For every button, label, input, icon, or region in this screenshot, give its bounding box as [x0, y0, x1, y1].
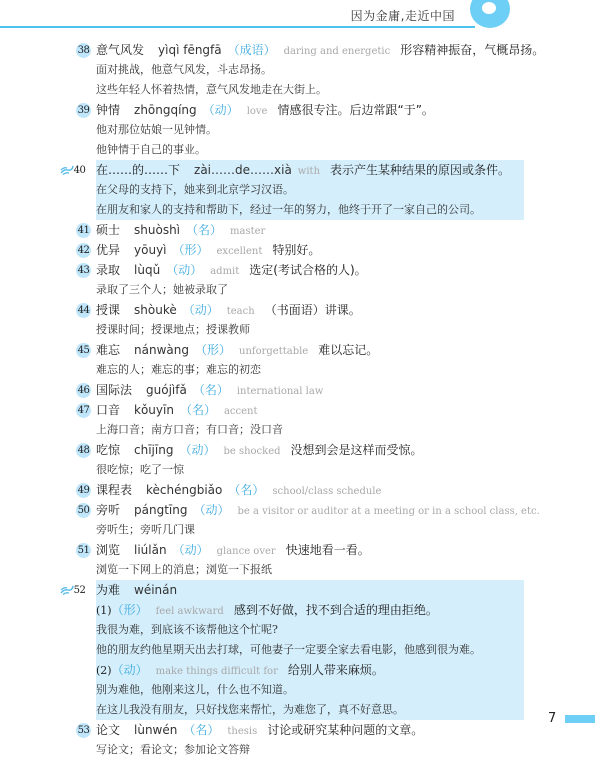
part-of-speech: （动）	[173, 543, 209, 557]
pinyin: shòukè	[134, 303, 177, 317]
example-row: 很吃惊；吃了一惊	[0, 460, 595, 480]
example-sentence: 旁听生；旁听几门课	[96, 520, 195, 540]
entry-number: 48	[76, 443, 91, 458]
entry-number: 42	[76, 243, 91, 258]
entry-headword-row: 41硕士shuòshì（名）master	[0, 220, 595, 240]
headword: 硕士	[96, 223, 120, 237]
sense-row: (1)（形）feel awkward感到不好做，找不到合适的理由拒绝。	[0, 600, 595, 620]
pinyin: zhōngqíng	[134, 103, 197, 117]
headword: 录取	[96, 263, 120, 277]
part-of-speech: （名）	[180, 403, 216, 417]
part-of-speech: （动）	[166, 263, 202, 277]
pinyin: wéinán	[134, 583, 177, 597]
part-of-speech: （名）	[186, 223, 222, 237]
example-sentence: 别为难他，他刚来这儿，什么也不知道。	[96, 680, 294, 700]
entry-number: 38	[76, 43, 91, 58]
english-gloss: unforgettable	[239, 346, 308, 357]
english-gloss: be a visitor or auditor at a meeting or …	[238, 506, 540, 517]
entry-number: 41	[76, 223, 91, 238]
entry-headword-row: 49课程表kèchéngbiǎo（名）school/class schedule	[0, 480, 595, 500]
english-gloss: feel awkward	[156, 606, 224, 617]
pinyin: shuòshì	[134, 223, 180, 237]
example-row: 面对挑战，他意气风发，斗志昂扬。	[0, 60, 595, 80]
part-of-speech: （名）	[228, 483, 264, 497]
headword: 旁听	[96, 503, 120, 517]
example-row: 在这儿我没有朋友，只好找您来帮忙，为难您了，真不好意思。	[0, 700, 595, 720]
entry-headword-row: 45难忘nánwàng（形）unforgettable难以忘记。	[0, 340, 595, 360]
vocab-entry: 51浏览liúlǎn（动）glance over快速地看一看。浏览一下网上的消息…	[0, 540, 595, 580]
entry-headword-row: 48吃惊chījīng（动）be shocked没想到会是这样而受惊。	[0, 440, 595, 460]
example-row: 上海口音；南方口音；有口音；没口音	[0, 420, 595, 440]
pinyin: liúlǎn	[134, 543, 167, 557]
definition: 特别好。	[272, 243, 320, 257]
vocab-entry: 46国际法guójìfǎ（名）international law	[0, 380, 595, 400]
header-title: 因为金庸,走近中国	[351, 7, 455, 24]
part-of-speech: （动）	[183, 303, 219, 317]
example-row: 写论文；看论文；参加论文答辩	[0, 740, 595, 760]
english-gloss: daring and energetic	[284, 46, 391, 57]
entry-number: 46	[76, 383, 91, 398]
entry-headword-row: 39钟情zhōngqíng（动）love情感很专注。后边常跟“于”。	[0, 100, 595, 120]
vocabulary-list: 38意气风发yìqì fēngfā（成语）daring and energeti…	[0, 40, 595, 760]
example-sentence: 在父母的支持下，她来到北京学习汉语。	[96, 180, 294, 200]
page-header: 因为金庸,走近中国	[0, 0, 595, 30]
headword: 意气风发	[96, 43, 144, 57]
example-row: 浏览一下网上的消息；浏览一下报纸	[0, 560, 595, 580]
headword: 课程表	[96, 483, 132, 497]
english-gloss: with	[298, 166, 320, 177]
example-row: 在朋友和家人的支持和帮助下，经过一年的努力，他终于开了一家自己的公司。	[0, 200, 595, 220]
entry-number: 39	[76, 103, 91, 118]
example-row: 难忘的人；难忘的事；难忘的初恋	[0, 360, 595, 380]
part-of-speech: （动）	[112, 663, 148, 677]
definition: （书面语）讲课。	[265, 303, 361, 317]
pinyin: zài……de……xià	[194, 163, 292, 177]
part-of-speech: （形）	[112, 603, 148, 617]
example-row: 旁听生；旁听几门课	[0, 520, 595, 540]
sense-row: (2)（动）make things difficult for给别人带来麻烦。	[0, 660, 595, 680]
entry-number: 52	[72, 583, 87, 598]
headword: 浏览	[96, 543, 120, 557]
example-sentence: 授课时间；授课地点；授课教师	[96, 320, 250, 340]
example-sentence: 上海口音；南方口音；有口音；没口音	[96, 420, 283, 440]
example-row: 录取了三个人；她被录取了	[0, 280, 595, 300]
vocab-entry: 50旁听pángtīng（动）be a visitor or auditor a…	[0, 500, 595, 540]
entry-number: 45	[76, 343, 91, 358]
entry-headword-row: 53论文lùnwén（名）thesis讨论或研究某种问题的文章。	[0, 720, 595, 740]
english-gloss: admit	[210, 266, 239, 277]
entry-headword-row: 44授课shòukè（动）teach（书面语）讲课。	[0, 300, 595, 320]
pinyin: lùnwén	[134, 723, 177, 737]
pinyin: lùqǔ	[134, 263, 160, 277]
english-gloss: be shocked	[223, 446, 280, 457]
part-of-speech: （名）	[183, 723, 219, 737]
headword: 为难	[96, 583, 120, 597]
definition: 难以忘记。	[318, 343, 378, 357]
pinyin: yìqì fēngfā	[158, 43, 222, 57]
entry-number: 53	[76, 723, 91, 738]
example-row: 在父母的支持下，她来到北京学习汉语。	[0, 180, 595, 200]
vocab-entry: 40在……的……下zài……de……xiàwith表示产生某种结果的原因或条件。…	[0, 160, 595, 220]
pinyin: guójìfǎ	[146, 383, 187, 397]
example-sentence: 录取了三个人；她被录取了	[96, 280, 228, 300]
headword: 难忘	[96, 343, 120, 357]
entry-headword-row: 40在……的……下zài……de……xiàwith表示产生某种结果的原因或条件。	[0, 160, 595, 180]
example-sentence: 在朋友和家人的支持和帮助下，经过一年的努力，他终于开了一家自己的公司。	[96, 200, 481, 220]
sense-label: (2)	[96, 664, 112, 677]
example-row: 他钟情于自己的事业。	[0, 140, 595, 160]
english-gloss: make things difficult for	[156, 666, 278, 677]
header-badge-icon	[470, 0, 510, 28]
example-sentence: 这些年轻人怀着热情，意气风发地走在大街上。	[96, 80, 327, 100]
entry-headword-row: 43录取lùqǔ（动）admit选定(考试合格的人)。	[0, 260, 595, 280]
part-of-speech: （动）	[179, 443, 215, 457]
vocab-entry: 38意气风发yìqì fēngfā（成语）daring and energeti…	[0, 40, 595, 100]
entry-number: 43	[76, 263, 91, 278]
english-gloss: international law	[237, 386, 324, 397]
pinyin: chījīng	[134, 443, 173, 457]
headword: 论文	[96, 723, 120, 737]
example-sentence: 他钟情于自己的事业。	[96, 140, 206, 160]
entry-number: 50	[76, 503, 91, 518]
definition: 表示产生某种结果的原因或条件。	[330, 163, 510, 177]
vocab-entry: 53论文lùnwén（名）thesis讨论或研究某种问题的文章。写论文；看论文；…	[0, 720, 595, 760]
pinyin: pángtīng	[134, 503, 187, 517]
vocab-entry: 42优异yōuyì（形）excellent特别好。	[0, 240, 595, 260]
example-row: 他的朋友约他星期天出去打球，可他妻子一定要全家去看电影，他感到很为难。	[0, 640, 595, 660]
english-gloss: school/class schedule	[272, 486, 381, 497]
english-gloss: teach	[227, 306, 255, 317]
example-row: 他对那位姑娘一见钟情。	[0, 120, 595, 140]
definition: 给别人带来麻烦。	[288, 663, 384, 677]
entry-headword-row: 38意气风发yìqì fēngfā（成语）daring and energeti…	[0, 40, 595, 60]
definition: 形容精神振奋，气概昂扬。	[400, 43, 544, 57]
vocab-entry: 44授课shòukè（动）teach（书面语）讲课。授课时间；授课地点；授课教师	[0, 300, 595, 340]
sense-label: (1)	[96, 604, 112, 617]
part-of-speech: （形）	[195, 343, 231, 357]
entry-headword-row: 42优异yōuyì（形）excellent特别好。	[0, 240, 595, 260]
entry-number: 49	[76, 483, 91, 498]
definition: 感到不好做，找不到合适的理由拒绝。	[234, 603, 438, 617]
headword: 优异	[96, 243, 120, 257]
part-of-speech: （成语）	[228, 43, 276, 57]
vocab-entry: 45难忘nánwàng（形）unforgettable难以忘记。难忘的人；难忘的…	[0, 340, 595, 380]
vocab-entry: 52为难wéinán(1)（形）feel awkward感到不好做，找不到合适的…	[0, 580, 595, 720]
example-sentence: 浏览一下网上的消息；浏览一下报纸	[96, 560, 272, 580]
definition: 选定(考试合格的人)。	[249, 263, 366, 277]
headword: 口音	[96, 403, 120, 417]
definition: 快速地看一看。	[286, 543, 370, 557]
pinyin: yōuyì	[134, 243, 166, 257]
example-sentence: 难忘的人；难忘的事；难忘的初恋	[96, 360, 261, 380]
example-sentence: 写论文；看论文；参加论文答辩	[96, 740, 250, 760]
vocab-entry: 48吃惊chījīng（动）be shocked没想到会是这样而受惊。很吃惊；吃…	[0, 440, 595, 480]
entry-number: 44	[76, 303, 91, 318]
example-row: 别为难他，他刚来这儿，什么也不知道。	[0, 680, 595, 700]
pinyin: kèchéngbiǎo	[146, 483, 222, 497]
entry-headword-row: 51浏览liúlǎn（动）glance over快速地看一看。	[0, 540, 595, 560]
vocab-entry: 43录取lùqǔ（动）admit选定(考试合格的人)。录取了三个人；她被录取了	[0, 260, 595, 300]
entry-number: 47	[76, 403, 91, 418]
entry-headword-row: 47口音kǒuyīn（名）accent	[0, 400, 595, 420]
entry-headword-row: 46国际法guójìfǎ（名）international law	[0, 380, 595, 400]
part-of-speech: （动）	[203, 103, 239, 117]
header-rule	[0, 26, 475, 28]
part-of-speech: （形）	[173, 243, 209, 257]
headword: 授课	[96, 303, 120, 317]
example-row: 这些年轻人怀着热情，意气风发地走在大街上。	[0, 80, 595, 100]
entry-headword-row: 52为难wéinán	[0, 580, 595, 600]
vocab-entry: 49课程表kèchéngbiǎo（名）school/class schedule	[0, 480, 595, 500]
headword: 在……的……下	[96, 163, 180, 177]
headword: 吃惊	[96, 443, 120, 457]
definition: 情感很专注。后边常跟“于”。	[277, 103, 433, 117]
vocab-entry: 41硕士shuòshì（名）master	[0, 220, 595, 240]
vocab-entry: 47口音kǒuyīn（名）accent上海口音；南方口音；有口音；没口音	[0, 400, 595, 440]
english-gloss: thesis	[227, 726, 257, 737]
english-gloss: love	[247, 106, 268, 117]
entry-number: 51	[76, 543, 91, 558]
vocab-entry: 39钟情zhōngqíng（动）love情感很专注。后边常跟“于”。他对那位姑娘…	[0, 100, 595, 160]
example-sentence: 很吃惊；吃了一惊	[96, 460, 184, 480]
english-gloss: excellent	[217, 246, 263, 257]
example-row: 授课时间；授课地点；授课教师	[0, 320, 595, 340]
example-sentence: 在这儿我没有朋友，只好找您来帮忙，为难您了，真不好意思。	[96, 700, 404, 720]
entry-headword-row: 50旁听pángtīng（动）be a visitor or auditor a…	[0, 500, 595, 520]
pinyin: kǒuyīn	[134, 403, 174, 417]
part-of-speech: （名）	[193, 383, 229, 397]
example-sentence: 他的朋友约他星期天出去打球，可他妻子一定要全家去看电影，他感到很为难。	[96, 640, 481, 660]
part-of-speech: （动）	[193, 503, 229, 517]
pinyin: nánwàng	[134, 343, 189, 357]
example-sentence: 他对那位姑娘一见钟情。	[96, 120, 217, 140]
definition: 没想到会是这样而受惊。	[291, 443, 423, 457]
english-gloss: glance over	[217, 546, 276, 557]
example-sentence: 面对挑战，他意气风发，斗志昂扬。	[96, 60, 272, 80]
headword: 国际法	[96, 383, 132, 397]
definition: 讨论或研究某种问题的文章。	[267, 723, 423, 737]
english-gloss: accent	[224, 406, 258, 417]
english-gloss: master	[230, 226, 265, 237]
entry-number: 40	[72, 163, 87, 178]
example-row: 我很为难，到底该不该帮他这个忙呢?	[0, 620, 595, 640]
example-sentence: 我很为难，到底该不该帮他这个忙呢?	[96, 620, 278, 640]
page-number: 7	[548, 711, 556, 726]
footer-bar	[565, 715, 595, 723]
headword: 钟情	[96, 103, 120, 117]
